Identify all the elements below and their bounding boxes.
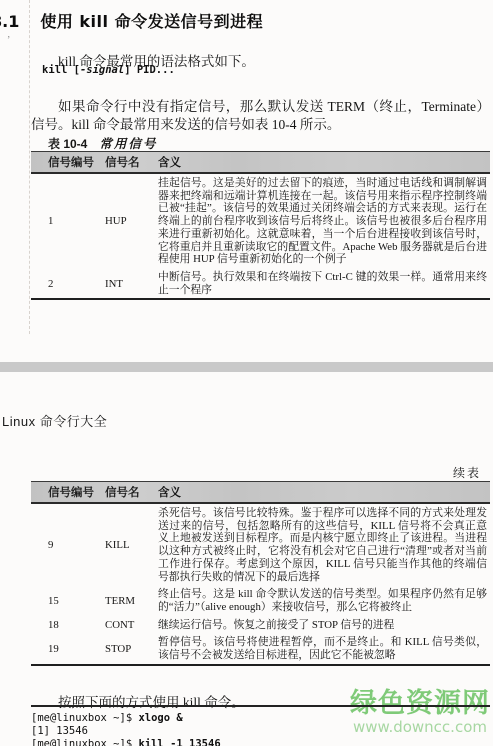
page-scan-divider — [0, 362, 493, 372]
table-row: 18 CONT 继续运行信号。恢复之前接受了 STOP 信号的进程 — [31, 616, 490, 634]
signal-meaning-cell: 暂停信号。该信号将使进程暂停，而不是终止。和 KILL 信号类似，该信号不会被发… — [158, 636, 490, 661]
col-header-meaning: 含义 — [158, 484, 490, 500]
table-body: 1 HUP 挂起信号。这是美好的过去留下的痕迹，当时通过电话线和调制解调器来把终… — [31, 174, 490, 300]
col-header-signal-name: 信号名 — [105, 484, 158, 500]
table-caption: 表 10-4常用信号 — [48, 134, 157, 152]
section-number: 8.1 — [0, 12, 19, 31]
signal-number-cell: 15 — [48, 595, 59, 607]
col-header-signal-name: 信号名 — [105, 154, 158, 170]
table-caption-label: 表 10-4 — [48, 137, 87, 151]
terminal-line: [me@linuxbox ~]$ kill -1 13546 — [31, 738, 490, 746]
section-heading: 8.1使用 kill 命令发送信号到进程 — [0, 9, 263, 32]
section-title: 使用 kill 命令发送信号到进程 — [40, 9, 263, 32]
signal-number-cell: 1 — [48, 215, 53, 227]
terminal-output: [1] 13546 — [31, 725, 490, 738]
scan-edge-artifact-line — [29, 0, 30, 334]
signal-meaning-cell: 杀死信号。该信号比较特殊。鉴于程序可以选择不同的方式来处理发送过来的信号，包括忽… — [158, 507, 490, 583]
table-body: 9 KILL 杀死信号。该信号比较特殊。鉴于程序可以选择不同的方式来处理发送过来… — [31, 504, 490, 666]
signal-name-cell: TERM — [105, 595, 135, 607]
signal-meaning-cell: 中断信号。执行效果和在终端按下 Ctrl-C 键的效果一样。通常用来终止一个程序 — [158, 271, 490, 296]
signal-name-cell: STOP — [105, 643, 131, 655]
terminal-listing: [me@linuxbox ~]$ xlogo & [1] 13546 [me@l… — [31, 705, 490, 746]
terminal-command: xlogo & — [138, 712, 182, 724]
signal-number-cell: 9 — [48, 539, 53, 551]
signal-meaning-cell: 终止信号。这是 kill 命令默认发送的信号类型。如果程序仍然有足够的“活力”（… — [158, 588, 490, 613]
col-header-meaning: 含义 — [158, 154, 490, 170]
signal-table-2: 信号编号 信号名 含义 9 KILL 杀死信号。该信号比较特殊。鉴于程序可以选择… — [31, 481, 490, 666]
terminal-prompt: [me@linuxbox ~]$ — [31, 738, 138, 746]
table-row: 1 HUP 挂起信号。这是美好的过去留下的痕迹，当时通过电话线和调制解调器来把终… — [31, 174, 490, 268]
terminal-prompt: [me@linuxbox ~]$ — [31, 712, 138, 724]
signal-number-cell: 19 — [48, 643, 59, 655]
signal-number-cell: 2 — [48, 278, 53, 290]
table-header-row: 信号编号 信号名 含义 — [31, 151, 490, 174]
table-row: 9 KILL 杀死信号。该信号比较特殊。鉴于程序可以选择不同的方式来处理发送过来… — [31, 504, 490, 585]
signal-table-1: 信号编号 信号名 含义 1 HUP 挂起信号。这是美好的过去留下的痕迹，当时通过… — [31, 151, 490, 300]
default-signal-paragraph: 如果命令行中没有指定信号，那么默认发送 TERM（终止，Terminate）信号… — [31, 98, 490, 135]
code-text: ] PID... — [124, 64, 175, 76]
code-italic-arg: -signal — [80, 64, 124, 76]
scan-speck-artifact: ’ — [7, 35, 10, 46]
table-row: 15 TERM 终止信号。这是 kill 命令默认发送的信号类型。如果程序仍然有… — [31, 585, 490, 615]
signal-name-cell: CONT — [105, 619, 134, 631]
terminal-command: kill -1 13546 — [138, 738, 220, 746]
book-title: Linux 命令行大全 — [2, 411, 107, 430]
signal-name-cell: HUP — [105, 215, 127, 227]
signal-name-cell: KILL — [105, 539, 130, 551]
col-header-signal-number: 信号编号 — [31, 484, 105, 500]
terminal-line: [me@linuxbox ~]$ xlogo & — [31, 712, 490, 725]
signal-number-cell: 18 — [48, 619, 59, 631]
signal-meaning-cell: 继续运行信号。恢复之前接受了 STOP 信号的进程 — [158, 619, 490, 632]
signal-name-cell: INT — [105, 278, 123, 290]
code-text: kill [ — [42, 64, 80, 76]
continued-table-label: 续表 — [453, 464, 481, 481]
table-row: 19 STOP 暂停信号。该信号将使进程暂停，而不是终止。和 KILL 信号类似… — [31, 633, 490, 663]
table-row: 2 INT 中断信号。执行效果和在终端按下 Ctrl-C 键的效果一样。通常用来… — [31, 268, 490, 298]
col-header-signal-number: 信号编号 — [31, 154, 105, 170]
table-header-row: 信号编号 信号名 含义 — [31, 481, 490, 504]
table-caption-title: 常用信号 — [99, 137, 157, 151]
kill-syntax-code: kill [-signal] PID... — [42, 64, 175, 76]
signal-meaning-cell: 挂起信号。这是美好的过去留下的痕迹，当时通过电话线和调制解调器来把终端和远端计算… — [158, 177, 490, 266]
